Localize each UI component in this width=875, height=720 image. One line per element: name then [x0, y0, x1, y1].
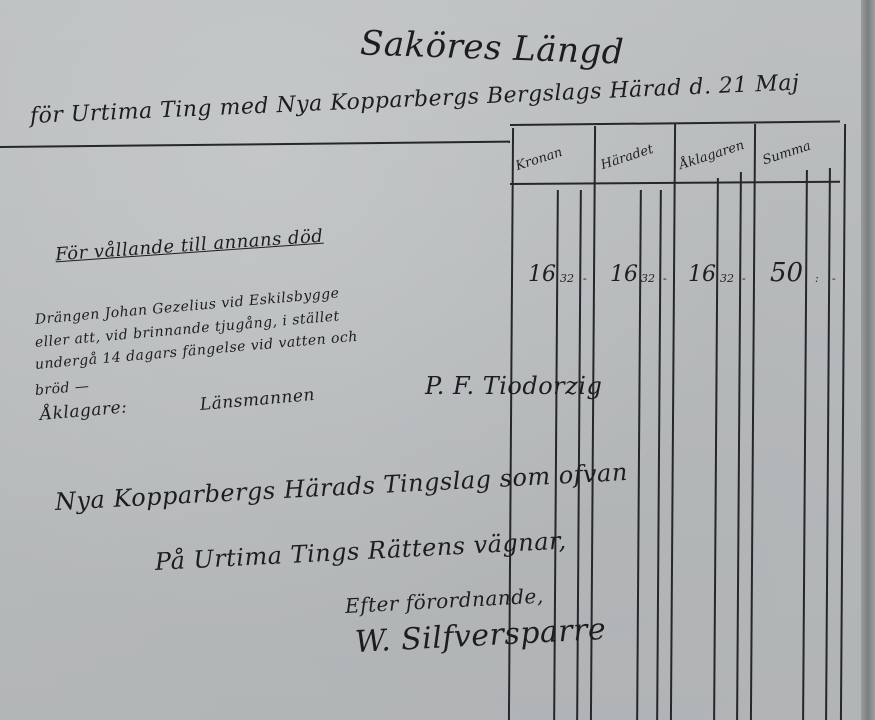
- page-subtitle: för Urtima Ting med Nya Kopparbergs Berg…: [29, 70, 799, 129]
- prosecutor-label: Åklagare:: [39, 397, 128, 425]
- amount-kronan-r: -: [583, 272, 587, 285]
- closing-line-3: Efter förordnande,: [344, 584, 544, 618]
- header-rule: [0, 141, 510, 148]
- page-binding-edge: [861, 0, 875, 720]
- entry-heading: För vållande till annans död: [55, 226, 324, 266]
- column-divider: [670, 124, 676, 720]
- prosecutor-signature: P. F. Tiodorzig: [425, 372, 602, 400]
- amount-kronan-rd: 16: [528, 262, 556, 287]
- amount-aklagaren-r: -: [742, 272, 746, 285]
- column-header-kronan: Kronan: [514, 145, 565, 174]
- column-header-aklagaren: Åklagaren: [677, 138, 746, 173]
- column-divider: [825, 168, 831, 720]
- amount-haradet-rd: 16: [610, 262, 638, 287]
- column-header-haradet: Häradet: [599, 142, 655, 173]
- amount-haradet-sk: 32: [641, 272, 655, 285]
- amount-summa-rd: 50: [770, 258, 803, 288]
- closing-line-2: På Urtima Tings Rättens vägnar,: [154, 526, 567, 576]
- amount-haradet-r: -: [663, 272, 667, 285]
- amount-aklagaren-rd: 16: [688, 262, 716, 287]
- column-divider: [750, 124, 756, 720]
- closing-signature: W. Silfversparre: [354, 612, 607, 660]
- column-divider: [713, 178, 719, 720]
- column-header-summa: Summa: [761, 139, 813, 169]
- column-divider: [840, 124, 846, 720]
- amount-kronan-sk: 32: [560, 272, 574, 285]
- prosecutor-name: Länsmannen: [199, 385, 316, 415]
- column-divider: [736, 172, 742, 720]
- column-divider: [802, 170, 808, 720]
- page-title: Saköres Längd: [359, 23, 624, 72]
- column-divider: [656, 190, 662, 720]
- amount-summa-r: -: [832, 272, 836, 285]
- closing-line-1: Nya Kopparbergs Härads Tingslag som ofva…: [54, 458, 628, 516]
- amount-aklagaren-sk: 32: [720, 272, 734, 285]
- entry-line: bröd —: [34, 378, 90, 399]
- amount-summa-sk: :: [815, 272, 819, 285]
